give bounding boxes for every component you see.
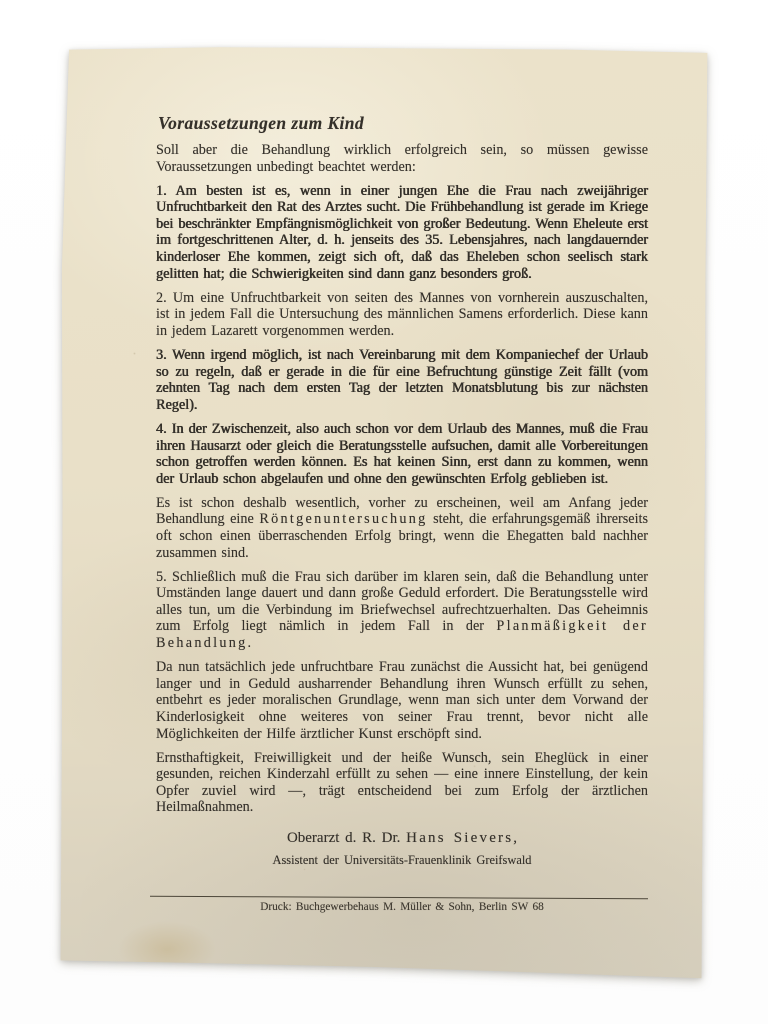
paragraph: 1. Am besten ist es, wenn in einer junge… xyxy=(156,183,648,283)
paragraph: Es ist schon deshalb wesentlich, vorher … xyxy=(156,495,648,561)
signature-block: Oberarzt d. R. Dr. Hans Sievers, Assiste… xyxy=(156,830,648,868)
document-title: Voraussetzungen zum Kind xyxy=(158,113,648,134)
paper-sheet-wrapper: Voraussetzungen zum Kind Soll aber die B… xyxy=(56,44,710,982)
paragraph: Ernsthaftigkeit, Freiwilligkeit und der … xyxy=(156,750,648,816)
paragraph-text: Ernsthaftigkeit, Freiwilligkeit und der … xyxy=(156,750,648,816)
paragraph-text: 1. Am besten ist es, wenn in einer junge… xyxy=(156,183,648,282)
paragraph: 2. Um eine Unfruchtbarkeit von seiten de… xyxy=(156,290,648,340)
paragraph: 3. Wenn irgend möglich, ist nach Vereinb… xyxy=(156,347,648,413)
paragraph-text: 4. In der Zwischenzeit, also auch schon … xyxy=(156,421,648,487)
imprint-line: Druck: Buchgewerbehaus M. Müller & Sohn,… xyxy=(156,901,648,913)
paragraph: 4. In der Zwischenzeit, also auch schon … xyxy=(156,421,648,487)
photo-background: Voraussetzungen zum Kind Soll aber die B… xyxy=(0,0,768,1024)
emphasized-spaced-text: Röntgenuntersuchung xyxy=(259,511,427,527)
divider-rule xyxy=(150,896,648,900)
signature-role-line: Assistent der Universitäts-Frauenklinik … xyxy=(156,853,648,868)
paragraph-text: 3. Wenn irgend möglich, ist nach Vereinb… xyxy=(156,347,648,413)
paragraph: 5. Schließlich muß die Frau sich darüber… xyxy=(156,569,648,652)
paragraphs: 1. Am besten ist es, wenn in einer junge… xyxy=(156,183,648,816)
paper-sheet: Voraussetzungen zum Kind Soll aber die B… xyxy=(56,44,710,982)
signature-suffix: , xyxy=(513,830,517,846)
paragraph-text: Da nun tatsächlich jede unfruchtbare Fra… xyxy=(156,659,648,741)
paragraph-text: 2. Um eine Unfruchtbarkeit von seiten de… xyxy=(156,290,648,339)
paragraph: Da nun tatsächlich jede unfruchtbare Fra… xyxy=(156,659,648,742)
document-content: Voraussetzungen zum Kind Soll aber die B… xyxy=(156,44,648,913)
intro-paragraph: Soll aber die Behandlung wirklich erfolg… xyxy=(156,142,648,175)
signature-name: Hans Sievers xyxy=(406,830,513,846)
signature-prefix: Oberarzt d. R. Dr. xyxy=(287,830,406,846)
signature-name-line: Oberarzt d. R. Dr. Hans Sievers, xyxy=(156,830,648,847)
